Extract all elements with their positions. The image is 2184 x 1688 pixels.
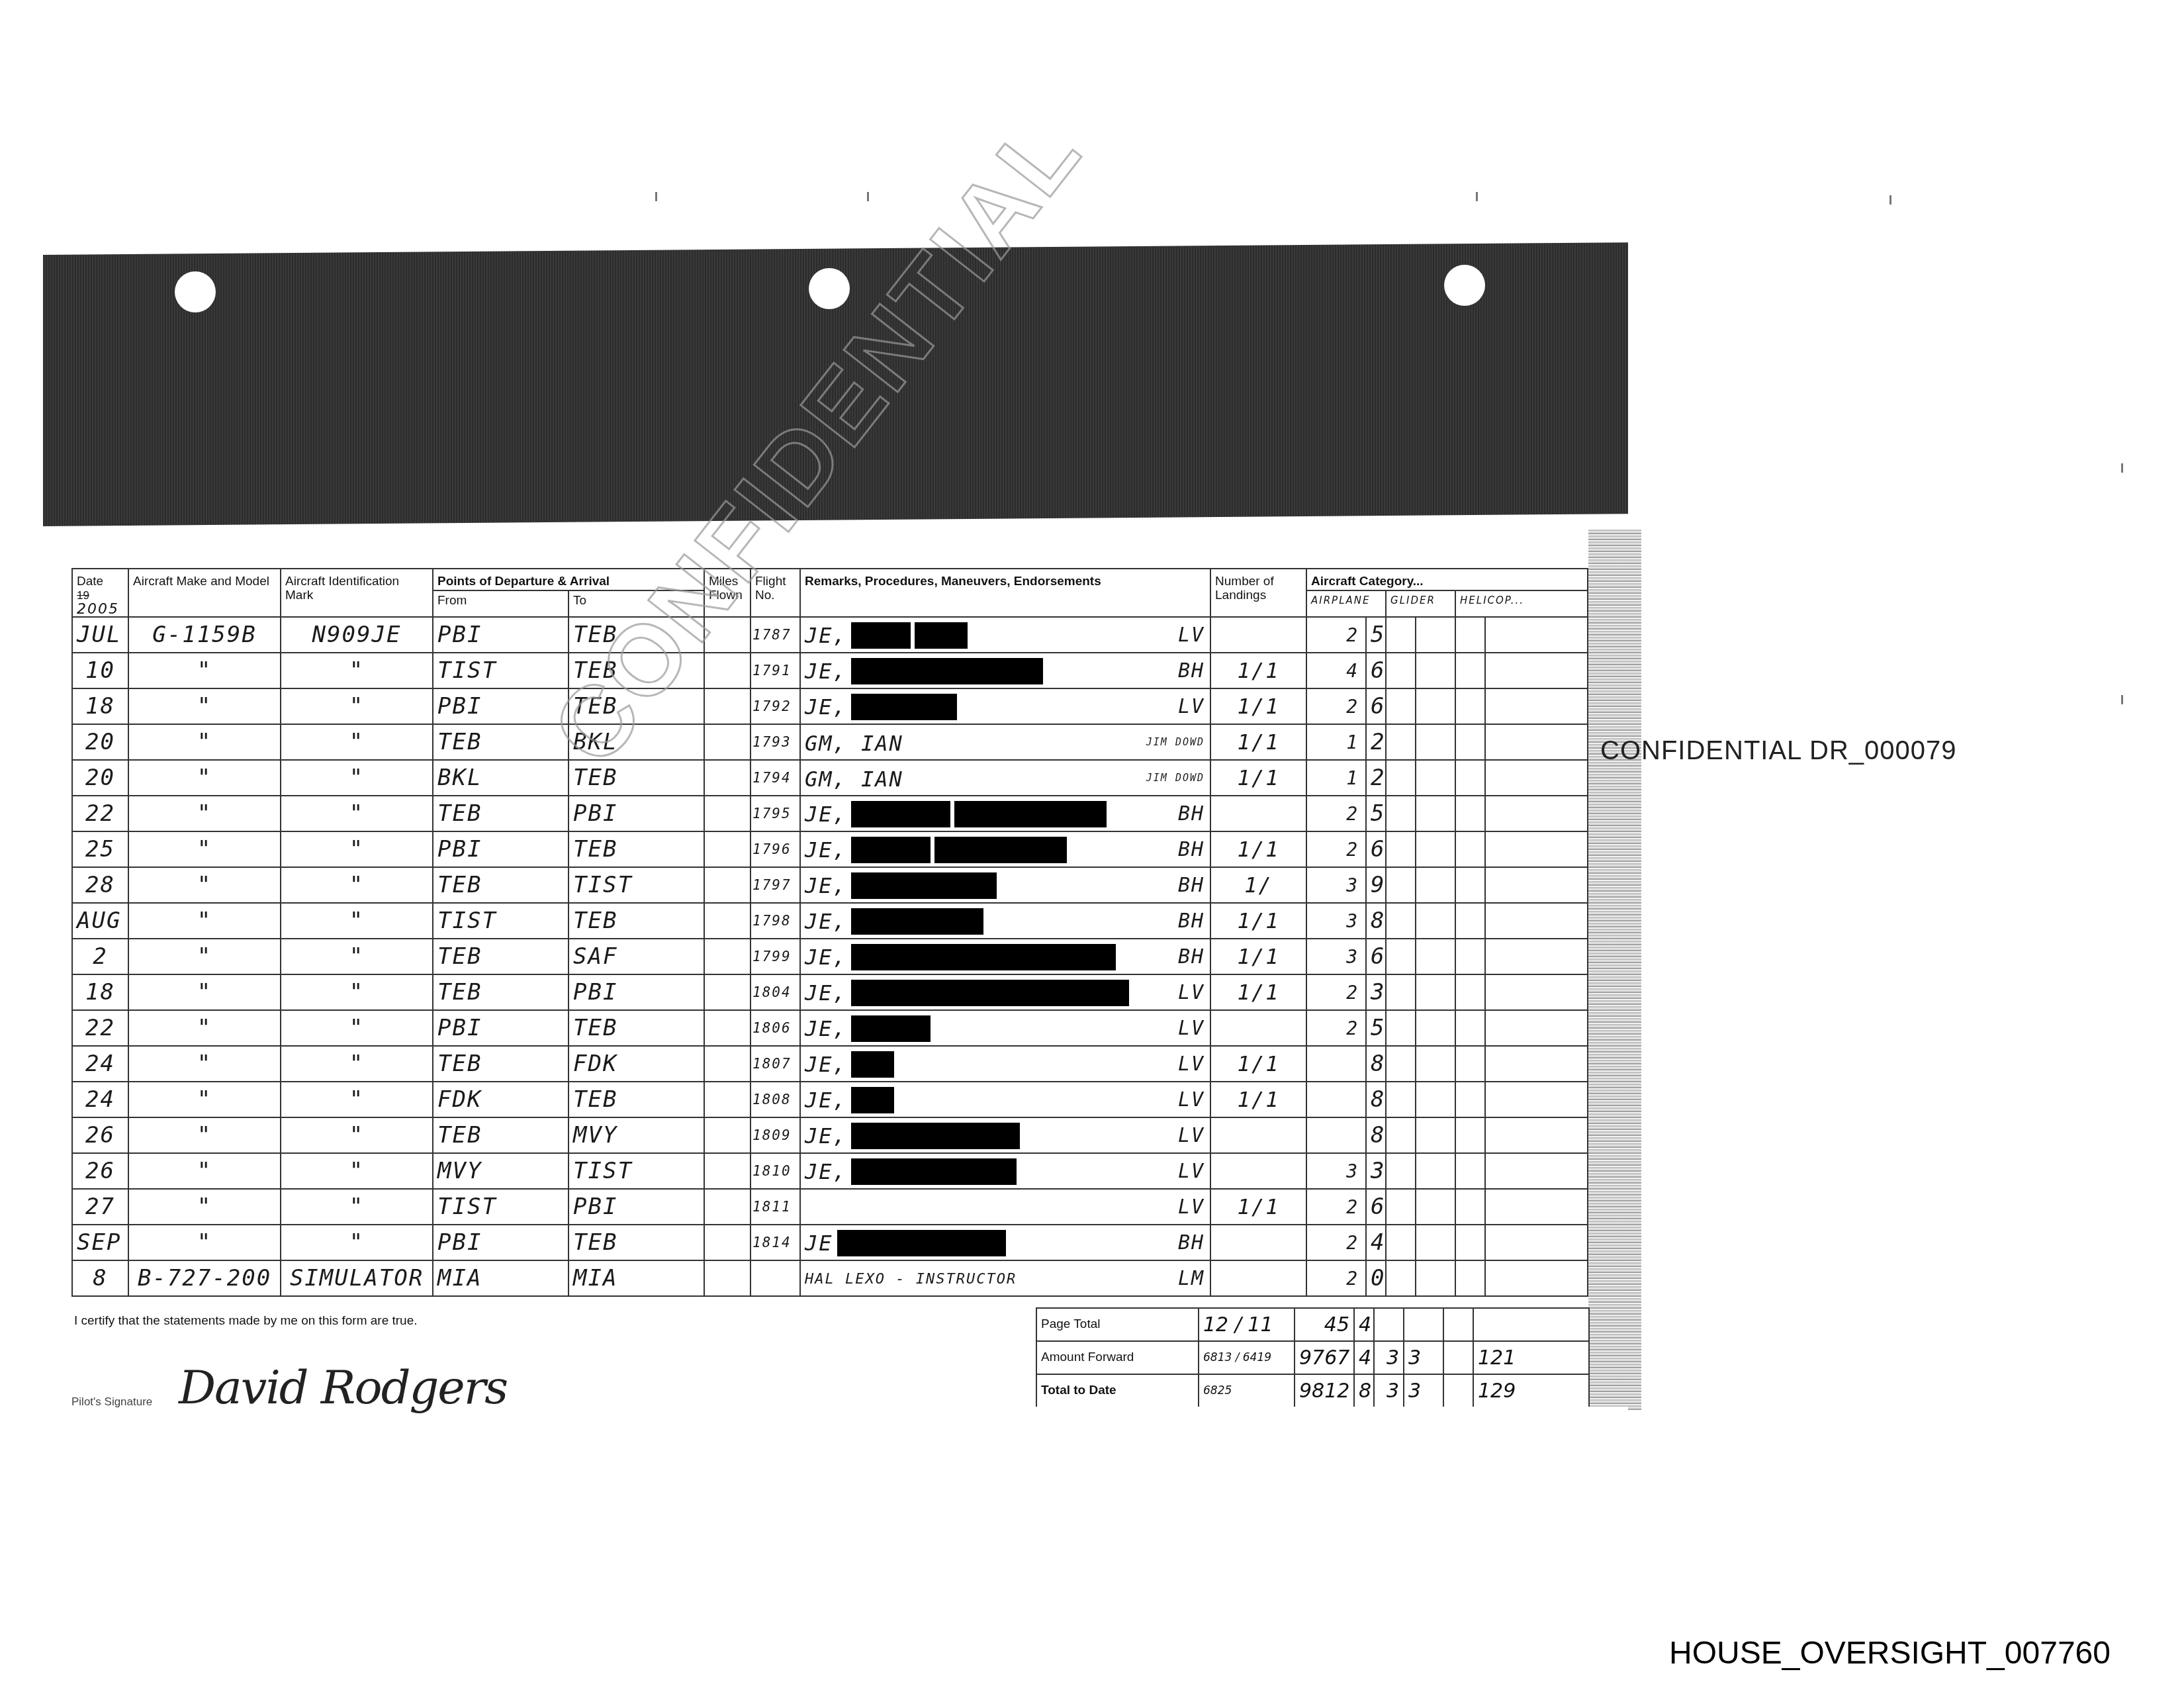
row-date: SEP 5 xyxy=(72,1225,128,1260)
row-heli-int xyxy=(1455,974,1485,1010)
scan-speck xyxy=(655,192,657,201)
total-to-date-row: Total to Date 6825 9812 8 3 3 129 xyxy=(1036,1374,1589,1407)
page-total-airplane-int: 45 xyxy=(1295,1308,1354,1341)
row-airplane-int: 2 xyxy=(1306,1225,1366,1260)
total-to-date-airplane-dec: 8 xyxy=(1354,1374,1374,1407)
row-landings xyxy=(1210,796,1306,831)
row-flight-no: 1797 xyxy=(751,867,800,903)
remark-text: JE, xyxy=(805,659,847,684)
row-glider-dec xyxy=(1416,974,1455,1010)
log-row: 18""PBITEB1792JE,LV1/126 xyxy=(72,688,1588,724)
row-ident-mark: " xyxy=(281,903,433,939)
row-glider-dec xyxy=(1416,867,1455,903)
logbook-rows: JUL 5G-1159BN909JEPBITEB1787JE,LV2510""T… xyxy=(72,617,1588,1296)
row-airplane-dec: 5 xyxy=(1366,1010,1386,1046)
row-heli-dec xyxy=(1485,688,1588,724)
certify-statement: I certify that the statements made by me… xyxy=(74,1314,418,1329)
header-date-year: 2005 xyxy=(77,602,124,616)
row-glider-int xyxy=(1386,760,1416,796)
row-date: AUG 1 xyxy=(72,903,128,939)
punch-hole xyxy=(1444,265,1485,306)
scan-speck xyxy=(1476,192,1478,201)
row-airplane-dec: 5 xyxy=(1366,617,1386,653)
row-ident-mark: " xyxy=(281,760,433,796)
row-flight-no: 1808 xyxy=(751,1082,800,1117)
row-heli-int xyxy=(1455,867,1485,903)
total-to-date-heli: 129 xyxy=(1473,1374,1589,1407)
row-airplane-dec: 6 xyxy=(1366,653,1386,688)
row-heli-dec xyxy=(1485,1225,1588,1260)
row-from: TIST xyxy=(433,653,569,688)
remark-crew-code: LV xyxy=(1178,981,1205,1004)
header-ident-mark: Aircraft Identification Mark xyxy=(281,569,433,617)
row-make-model: " xyxy=(128,974,281,1010)
row-make-model: " xyxy=(128,867,281,903)
total-to-date-label: Total to Date xyxy=(1036,1374,1199,1407)
signature-label: Pilot's Signature xyxy=(71,1395,152,1409)
row-remarks: HAL LEXO - INSTRUCTORLM xyxy=(800,1260,1210,1296)
row-remarks: JE,LV xyxy=(800,617,1210,653)
scan-speck xyxy=(1889,195,1891,205)
row-date: 28 xyxy=(72,867,128,903)
page-total-airplane-dec: 4 xyxy=(1354,1308,1374,1341)
header-landings: Number of Landings xyxy=(1210,569,1306,617)
redaction-bar xyxy=(851,1158,1017,1185)
row-flight-no: 1810 xyxy=(751,1153,800,1189)
row-landings: 1/1 xyxy=(1210,760,1306,796)
row-from: TEB xyxy=(433,1117,569,1153)
row-glider-int xyxy=(1386,1189,1416,1225)
remark-crew-code: LV xyxy=(1178,1088,1205,1111)
row-landings: 1/1 xyxy=(1210,653,1306,688)
row-airplane-int: 2 xyxy=(1306,617,1366,653)
row-from: FDK xyxy=(433,1082,569,1117)
row-remarks: JE,LV xyxy=(800,974,1210,1010)
header-make-model: Aircraft Make and Model xyxy=(128,569,281,617)
row-landings: 1/1 xyxy=(1210,903,1306,939)
row-to: MVY xyxy=(569,1117,704,1153)
row-date: 20 xyxy=(72,760,128,796)
row-airplane-dec: 5 xyxy=(1366,796,1386,831)
row-heli-int xyxy=(1455,939,1485,974)
row-glider-dec xyxy=(1416,1153,1455,1189)
log-row: 27""TISTPBI1811LV1/126 xyxy=(72,1189,1588,1225)
logbook-table: Date 19 2005 Aircraft Make and Model Air… xyxy=(71,568,1588,1297)
row-flight-no: 1807 xyxy=(751,1046,800,1082)
row-ident-mark: " xyxy=(281,1082,433,1117)
row-heli-dec xyxy=(1485,617,1588,653)
log-row: 24""FDKTEB1808JE,LV1/18 xyxy=(72,1082,1588,1117)
row-remarks: JE,LV xyxy=(800,1117,1210,1153)
row-heli-dec xyxy=(1485,867,1588,903)
remark-text: HAL LEXO - INSTRUCTOR xyxy=(805,1271,1017,1288)
row-landings: 1/1 xyxy=(1210,831,1306,867)
row-heli-dec xyxy=(1485,760,1588,796)
row-miles xyxy=(704,1117,751,1153)
empty-cell xyxy=(1443,1308,1473,1341)
row-heli-int xyxy=(1455,1046,1485,1082)
row-to: PBI xyxy=(569,1189,704,1225)
row-to: PBI xyxy=(569,796,704,831)
row-airplane-dec: 2 xyxy=(1366,760,1386,796)
remark-crew-code: LV xyxy=(1178,1196,1205,1219)
row-to: TEB xyxy=(569,760,704,796)
row-glider-dec xyxy=(1416,760,1455,796)
row-landings: 1/ xyxy=(1210,867,1306,903)
row-landings xyxy=(1210,1153,1306,1189)
row-remarks: JE,LV xyxy=(800,1010,1210,1046)
row-ident-mark: " xyxy=(281,724,433,760)
row-glider-dec xyxy=(1416,688,1455,724)
row-date: 18 xyxy=(72,974,128,1010)
row-from: PBI xyxy=(433,1225,569,1260)
redaction-bar xyxy=(954,801,1107,827)
row-flight-no: 1798 xyxy=(751,903,800,939)
remark-text: JE, xyxy=(805,945,847,970)
row-glider-dec xyxy=(1416,903,1455,939)
row-from: TEB xyxy=(433,939,569,974)
empty-cell xyxy=(1473,1308,1589,1341)
row-airplane-int xyxy=(1306,1082,1366,1117)
row-landings: 1/1 xyxy=(1210,939,1306,974)
row-ident-mark: " xyxy=(281,1189,433,1225)
row-date: 8 xyxy=(72,1260,128,1296)
redaction-bar xyxy=(851,1087,894,1113)
redaction-bar xyxy=(851,694,957,720)
row-from: TEB xyxy=(433,867,569,903)
row-heli-int xyxy=(1455,1225,1485,1260)
pilot-signature: David Rodgers xyxy=(179,1360,507,1415)
log-row: 2""TEBSAF1799JE,BH1/136 xyxy=(72,939,1588,974)
empty-cell xyxy=(1404,1308,1443,1341)
amount-forward-glider-int: 3 xyxy=(1374,1341,1404,1374)
row-date: 20 xyxy=(72,724,128,760)
row-miles xyxy=(704,1260,751,1296)
row-miles xyxy=(704,974,751,1010)
redaction-bar xyxy=(851,944,1116,970)
row-heli-dec xyxy=(1485,1189,1588,1225)
row-date: 22 xyxy=(72,1010,128,1046)
row-remarks: JEBH xyxy=(800,1225,1210,1260)
row-remarks: JE,LV xyxy=(800,1046,1210,1082)
row-flight-no: 1806 xyxy=(751,1010,800,1046)
amount-forward-heli: 121 xyxy=(1473,1341,1589,1374)
totals-block: Page Total 12 / 11 45 4 Amount Forward 6… xyxy=(1036,1307,1590,1408)
total-to-date-glider-dec: 3 xyxy=(1404,1374,1443,1407)
row-make-model: " xyxy=(128,1225,281,1260)
row-glider-int xyxy=(1386,867,1416,903)
row-heli-dec xyxy=(1485,903,1588,939)
row-heli-int xyxy=(1455,653,1485,688)
row-airplane-int: 3 xyxy=(1306,939,1366,974)
row-to: TEB xyxy=(569,831,704,867)
row-glider-dec xyxy=(1416,617,1455,653)
row-ident-mark: " xyxy=(281,1046,433,1082)
remark-crew-code: BH xyxy=(1178,659,1205,682)
empty-cell xyxy=(1443,1341,1473,1374)
log-row: 20""TEBBKL1793GM, IANJIM DOWD1/112 xyxy=(72,724,1588,760)
scan-speck xyxy=(2121,695,2123,704)
remark-text: JE, xyxy=(805,1052,847,1077)
row-make-model: " xyxy=(128,688,281,724)
row-flight-no: 1794 xyxy=(751,760,800,796)
row-ident-mark: " xyxy=(281,1010,433,1046)
row-heli-dec xyxy=(1485,974,1588,1010)
remark-text: JE, xyxy=(805,802,847,827)
remark-text: JE, xyxy=(805,1088,847,1113)
redaction-bar xyxy=(851,1051,894,1078)
remark-text: JE, xyxy=(805,909,847,934)
log-row: 26""MVYTIST1810JE,LV33 xyxy=(72,1153,1588,1189)
totals-table: Page Total 12 / 11 45 4 Amount Forward 6… xyxy=(1036,1307,1590,1408)
row-landings xyxy=(1210,1225,1306,1260)
row-airplane-dec: 8 xyxy=(1366,1082,1386,1117)
remark-text: JE, xyxy=(805,623,847,648)
row-glider-int xyxy=(1386,1046,1416,1082)
row-glider-int xyxy=(1386,617,1416,653)
row-remarks: JE,BH xyxy=(800,653,1210,688)
row-date: 26 xyxy=(72,1117,128,1153)
remark-text: GM, IAN xyxy=(805,766,903,791)
row-to: PBI xyxy=(569,974,704,1010)
row-from: PBI xyxy=(433,1010,569,1046)
log-row: 22""TEBPBI1795JE,BH25 xyxy=(72,796,1588,831)
scan-edge-noise xyxy=(1588,530,1641,1410)
row-airplane-int: 1 xyxy=(1306,724,1366,760)
row-flight-no: 1814 xyxy=(751,1225,800,1260)
row-heli-dec xyxy=(1485,1046,1588,1082)
row-flight-no xyxy=(751,1260,800,1296)
row-airplane-int: 3 xyxy=(1306,867,1366,903)
row-ident-mark: " xyxy=(281,1153,433,1189)
row-heli-dec xyxy=(1485,1117,1588,1153)
redaction-bar xyxy=(837,1230,1006,1256)
row-glider-int xyxy=(1386,903,1416,939)
redaction-bar xyxy=(851,837,931,863)
row-ident-mark: " xyxy=(281,796,433,831)
row-remarks: LV xyxy=(800,1189,1210,1225)
row-heli-int xyxy=(1455,760,1485,796)
row-make-model: " xyxy=(128,1082,281,1117)
remark-text: JE xyxy=(805,1231,833,1256)
row-landings: 1/1 xyxy=(1210,724,1306,760)
row-heli-int xyxy=(1455,903,1485,939)
row-make-model: " xyxy=(128,1189,281,1225)
row-remarks: JE,BH xyxy=(800,903,1210,939)
row-heli-dec xyxy=(1485,796,1588,831)
log-row: 8B-727-200SIMULATORMIAMIAHAL LEXO - INST… xyxy=(72,1260,1588,1296)
row-airplane-int: 2 xyxy=(1306,1010,1366,1046)
remark-crew-code: LV xyxy=(1178,624,1205,647)
row-airplane-dec: 6 xyxy=(1366,831,1386,867)
remark-text: JE, xyxy=(805,837,847,863)
header-date-label: Date xyxy=(77,575,124,588)
row-remarks: GM, IANJIM DOWD xyxy=(800,724,1210,760)
row-remarks: JE,BH xyxy=(800,867,1210,903)
row-make-model: " xyxy=(128,1153,281,1189)
row-miles xyxy=(704,796,751,831)
total-to-date-airplane-int: 9812 xyxy=(1295,1374,1354,1407)
row-miles xyxy=(704,939,751,974)
row-airplane-dec: 8 xyxy=(1366,903,1386,939)
row-to: MIA xyxy=(569,1260,704,1296)
row-heli-int xyxy=(1455,796,1485,831)
row-glider-dec xyxy=(1416,1260,1455,1296)
row-date: 26 xyxy=(72,1153,128,1189)
row-ident-mark: " xyxy=(281,867,433,903)
row-flight-no: 1792 xyxy=(751,688,800,724)
row-landings: 1/1 xyxy=(1210,688,1306,724)
row-to: TEB xyxy=(569,1225,704,1260)
row-make-model: " xyxy=(128,724,281,760)
row-flight-no: 1799 xyxy=(751,939,800,974)
row-glider-int xyxy=(1386,1225,1416,1260)
row-from: MVY xyxy=(433,1153,569,1189)
row-make-model: " xyxy=(128,903,281,939)
remark-text: JE, xyxy=(805,980,847,1006)
row-flight-no: 1811 xyxy=(751,1189,800,1225)
row-airplane-int: 2 xyxy=(1306,974,1366,1010)
row-make-model: G-1159B xyxy=(128,617,281,653)
redaction-bar xyxy=(851,1015,931,1042)
row-date: 25 xyxy=(72,831,128,867)
redaction-bar xyxy=(851,658,1043,684)
row-landings xyxy=(1210,1010,1306,1046)
row-miles xyxy=(704,903,751,939)
redaction-bar xyxy=(915,622,968,649)
row-glider-int xyxy=(1386,724,1416,760)
row-heli-dec xyxy=(1485,1082,1588,1117)
header-aircraft-category: Aircraft Category... xyxy=(1306,569,1588,590)
remark-text: JE, xyxy=(805,1016,847,1041)
row-glider-int xyxy=(1386,1010,1416,1046)
remark-crew-code: BH xyxy=(1178,874,1205,897)
page-total-label: Page Total xyxy=(1036,1308,1199,1341)
row-from: MIA xyxy=(433,1260,569,1296)
row-remarks: JE,BH xyxy=(800,796,1210,831)
row-airplane-dec: 0 xyxy=(1366,1260,1386,1296)
row-ident-mark: " xyxy=(281,653,433,688)
logbook-table-wrap: Date 19 2005 Aircraft Make and Model Air… xyxy=(71,568,1587,1297)
row-miles xyxy=(704,1046,751,1082)
page-total-landings: 12 / 11 xyxy=(1199,1308,1295,1341)
row-miles xyxy=(704,1010,751,1046)
row-heli-int xyxy=(1455,688,1485,724)
row-glider-dec xyxy=(1416,1117,1455,1153)
row-flight-no: 1796 xyxy=(751,831,800,867)
row-miles xyxy=(704,1153,751,1189)
log-row: 20""BKLTEB1794GM, IANJIM DOWD1/112 xyxy=(72,760,1588,796)
amount-forward-label: Amount Forward xyxy=(1036,1341,1199,1374)
row-miles xyxy=(704,724,751,760)
remark-crew-code: LM xyxy=(1178,1267,1205,1290)
row-flight-no: 1809 xyxy=(751,1117,800,1153)
row-airplane-int: 1 xyxy=(1306,760,1366,796)
total-to-date-glider-int: 3 xyxy=(1374,1374,1404,1407)
header-cat-airplane: AIRPLANE xyxy=(1306,590,1386,617)
remark-crew-code: LV xyxy=(1178,1053,1205,1076)
row-date: JUL 5 xyxy=(72,617,128,653)
row-ident-mark: " xyxy=(281,974,433,1010)
row-airplane-dec: 6 xyxy=(1366,939,1386,974)
row-date: 2 xyxy=(72,939,128,974)
row-landings: 1/1 xyxy=(1210,1189,1306,1225)
amount-forward-airplane-int: 9767 xyxy=(1295,1341,1354,1374)
row-make-model: " xyxy=(128,831,281,867)
row-to: TEB xyxy=(569,903,704,939)
log-row: 24""TEBFDK1807JE,LV1/18 xyxy=(72,1046,1588,1082)
redaction-bar xyxy=(934,837,1067,863)
empty-cell xyxy=(1374,1308,1404,1341)
remark-text: JE, xyxy=(805,1159,847,1184)
row-to: TEB xyxy=(569,1010,704,1046)
remark-text: GM, IAN xyxy=(805,730,903,755)
log-row: AUG 1""TISTTEB1798JE,BH1/138 xyxy=(72,903,1588,939)
row-flight-no: 1804 xyxy=(751,974,800,1010)
row-glider-int xyxy=(1386,1117,1416,1153)
row-miles xyxy=(704,688,751,724)
row-ident-mark: N909JE xyxy=(281,617,433,653)
row-glider-dec xyxy=(1416,1046,1455,1082)
row-from: TIST xyxy=(433,903,569,939)
row-glider-dec xyxy=(1416,1225,1455,1260)
empty-cell xyxy=(1443,1374,1473,1407)
row-from: TIST xyxy=(433,1189,569,1225)
row-glider-dec xyxy=(1416,939,1455,974)
row-airplane-int xyxy=(1306,1117,1366,1153)
row-heli-int xyxy=(1455,1010,1485,1046)
row-remarks: JE,BH xyxy=(800,831,1210,867)
redaction-bar xyxy=(851,980,1129,1006)
log-row: 28""TEBTIST1797JE,BH1/39 xyxy=(72,867,1588,903)
row-ident-mark: " xyxy=(281,1117,433,1153)
row-airplane-dec: 3 xyxy=(1366,1153,1386,1189)
row-date: 18 xyxy=(72,688,128,724)
row-airplane-dec: 8 xyxy=(1366,1117,1386,1153)
row-airplane-dec: 6 xyxy=(1366,688,1386,724)
total-to-date-landings: 6825 xyxy=(1199,1374,1295,1407)
row-make-model: " xyxy=(128,653,281,688)
row-flight-no: 1791 xyxy=(751,653,800,688)
row-heli-int xyxy=(1455,617,1485,653)
remark-crew-code: LV xyxy=(1178,1160,1205,1183)
row-ident-mark: SIMULATOR xyxy=(281,1260,433,1296)
row-heli-dec xyxy=(1485,1010,1588,1046)
scan-speck xyxy=(867,192,869,201)
row-heli-int xyxy=(1455,1082,1485,1117)
row-make-model: " xyxy=(128,1046,281,1082)
remark-crew-code: JIM DOWD xyxy=(1146,736,1205,748)
row-make-model: " xyxy=(128,1010,281,1046)
row-glider-int xyxy=(1386,653,1416,688)
row-ident-mark: " xyxy=(281,1225,433,1260)
log-row: 22""PBITEB1806JE,LV25 xyxy=(72,1010,1588,1046)
row-airplane-int: 4 xyxy=(1306,653,1366,688)
row-glider-dec xyxy=(1416,1082,1455,1117)
row-remarks: GM, IANJIM DOWD xyxy=(800,760,1210,796)
punch-hole xyxy=(175,271,216,312)
row-airplane-dec: 8 xyxy=(1366,1046,1386,1082)
row-airplane-int: 2 xyxy=(1306,831,1366,867)
remark-text: JE, xyxy=(805,873,847,898)
row-from: TEB xyxy=(433,1046,569,1082)
row-glider-dec xyxy=(1416,1189,1455,1225)
row-miles xyxy=(704,760,751,796)
amount-forward-landings: 6813 / 6419 xyxy=(1199,1341,1295,1374)
row-glider-int xyxy=(1386,831,1416,867)
row-airplane-int: 2 xyxy=(1306,796,1366,831)
row-glider-int xyxy=(1386,1153,1416,1189)
